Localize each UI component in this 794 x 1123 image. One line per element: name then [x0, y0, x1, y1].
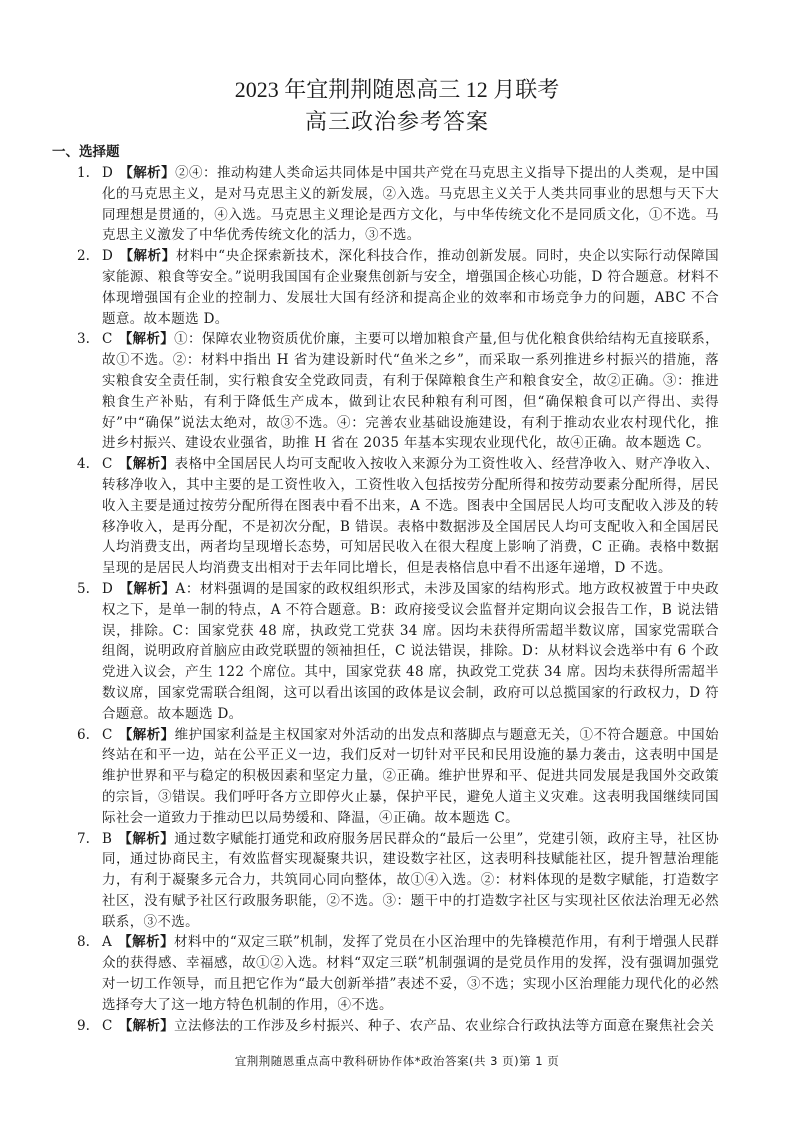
item-answer: D: [102, 248, 113, 264]
analysis-tag: 【解析】: [119, 248, 176, 264]
item-number: 7.: [77, 829, 90, 850]
item-answer: C: [102, 727, 113, 743]
item-number: 8.: [77, 932, 90, 953]
item-explanation: 材料中的“双定三联”机制，发挥了党员在小区治理中的先锋模范作用，有利于增强人民群…: [102, 934, 719, 1012]
analysis-tag: 【解析】: [118, 831, 174, 847]
item-answer: A: [102, 934, 112, 950]
item-answer: C: [102, 331, 113, 347]
analysis-tag: 【解析】: [119, 727, 175, 743]
item-explanation: ①：保障农业物资质优价廉，主要可以增加粮食产量,但与优化粮食供给结构无直接联系，…: [102, 331, 719, 451]
answer-item-6: 6. C【解析】维护国家利益是主权国家对外活动的出发点和落脚点与题意无关，①不符…: [0, 725, 794, 829]
item-explanation: 表格中全国居民人均可支配收入按收入来源分为工资性收入、经营净收入、财产净收入、转…: [102, 456, 719, 576]
item-explanation: ②④：推动构建人类命运共同体是中国共产党在马克思主义指导下提出的人类观，是中国化…: [102, 165, 719, 243]
item-answer: C: [102, 456, 113, 472]
analysis-tag: 【解析】: [118, 934, 174, 950]
item-explanation: 维护国家利益是主权国家对外活动的出发点和落脚点与题意无关，①不符合题意。中国始终…: [102, 727, 719, 826]
answer-item-8: 8. A【解析】材料中的“双定三联”机制，发挥了党员在小区治理中的先锋模范作用，…: [0, 932, 794, 1015]
section-heading-multiple-choice: 一、选择题: [52, 143, 120, 161]
page-footer: 宜荆荆随恩重点高中教科研协作体*政治答案(共 3 页)第 1 页: [0, 1053, 794, 1069]
item-explanation: 通过数字赋能打通党和政府服务居民群众的“最后一公里”，党建引领，政府主导，社区协…: [102, 831, 719, 930]
answer-list: 1. D【解析】②④：推动构建人类命运共同体是中国共产党在马克思主义指导下提出的…: [0, 163, 794, 1036]
item-explanation: 材料中“央企探索新技术，深化科技合作，推动创新发展。同时，央企以实际行动保障国家…: [102, 248, 719, 326]
analysis-tag: 【解析】: [119, 165, 175, 181]
item-explanation: 立法修法的工作涉及乡村振兴、种子、农产品、农业综合行政执法等方面意在聚焦社会关: [174, 1018, 714, 1034]
item-answer: D: [102, 165, 113, 181]
answer-item-1: 1. D【解析】②④：推动构建人类命运共同体是中国共产党在马克思主义指导下提出的…: [0, 163, 794, 246]
answer-item-4: 4. C【解析】表格中全国居民人均可支配收入按收入来源分为工资性收入、经营净收入…: [0, 454, 794, 579]
item-number: 9.: [77, 1016, 90, 1037]
item-number: 5.: [77, 579, 90, 600]
item-answer: C: [102, 1018, 113, 1034]
item-number: 1.: [77, 163, 90, 184]
analysis-tag: 【解析】: [119, 456, 175, 472]
document-subtitle: 高三政治参考答案: [0, 108, 794, 136]
item-number: 6.: [77, 725, 90, 746]
item-answer: B: [102, 831, 112, 847]
analysis-tag: 【解析】: [119, 581, 175, 597]
analysis-tag: 【解析】: [119, 331, 174, 347]
answer-item-2: 2. D【解析】材料中“央企探索新技术，深化科技合作，推动创新发展。同时，央企以…: [0, 246, 794, 329]
item-number: 2.: [77, 246, 90, 267]
document-title: 2023 年宜荆荆随恩高三 12 月联考: [0, 76, 794, 104]
item-explanation: A：材料强调的是国家的政权组织形式，未涉及国家的结构形式。地方政权被置于中央政权…: [102, 581, 719, 722]
item-answer: D: [102, 581, 113, 597]
item-number: 3.: [77, 329, 90, 350]
answer-item-9: 9. C【解析】立法修法的工作涉及乡村振兴、种子、农产品、农业综合行政执法等方面…: [0, 1016, 794, 1037]
item-number: 4.: [77, 454, 90, 475]
answer-item-3: 3. C【解析】①：保障农业物资质优价廉，主要可以增加粮食产量,但与优化粮食供给…: [0, 329, 794, 454]
answer-item-7: 7. B【解析】通过数字赋能打通党和政府服务居民群众的“最后一公里”，党建引领，…: [0, 829, 794, 933]
analysis-tag: 【解析】: [119, 1018, 174, 1034]
answer-item-5: 5. D【解析】A：材料强调的是国家的政权组织形式，未涉及国家的结构形式。地方政…: [0, 579, 794, 725]
